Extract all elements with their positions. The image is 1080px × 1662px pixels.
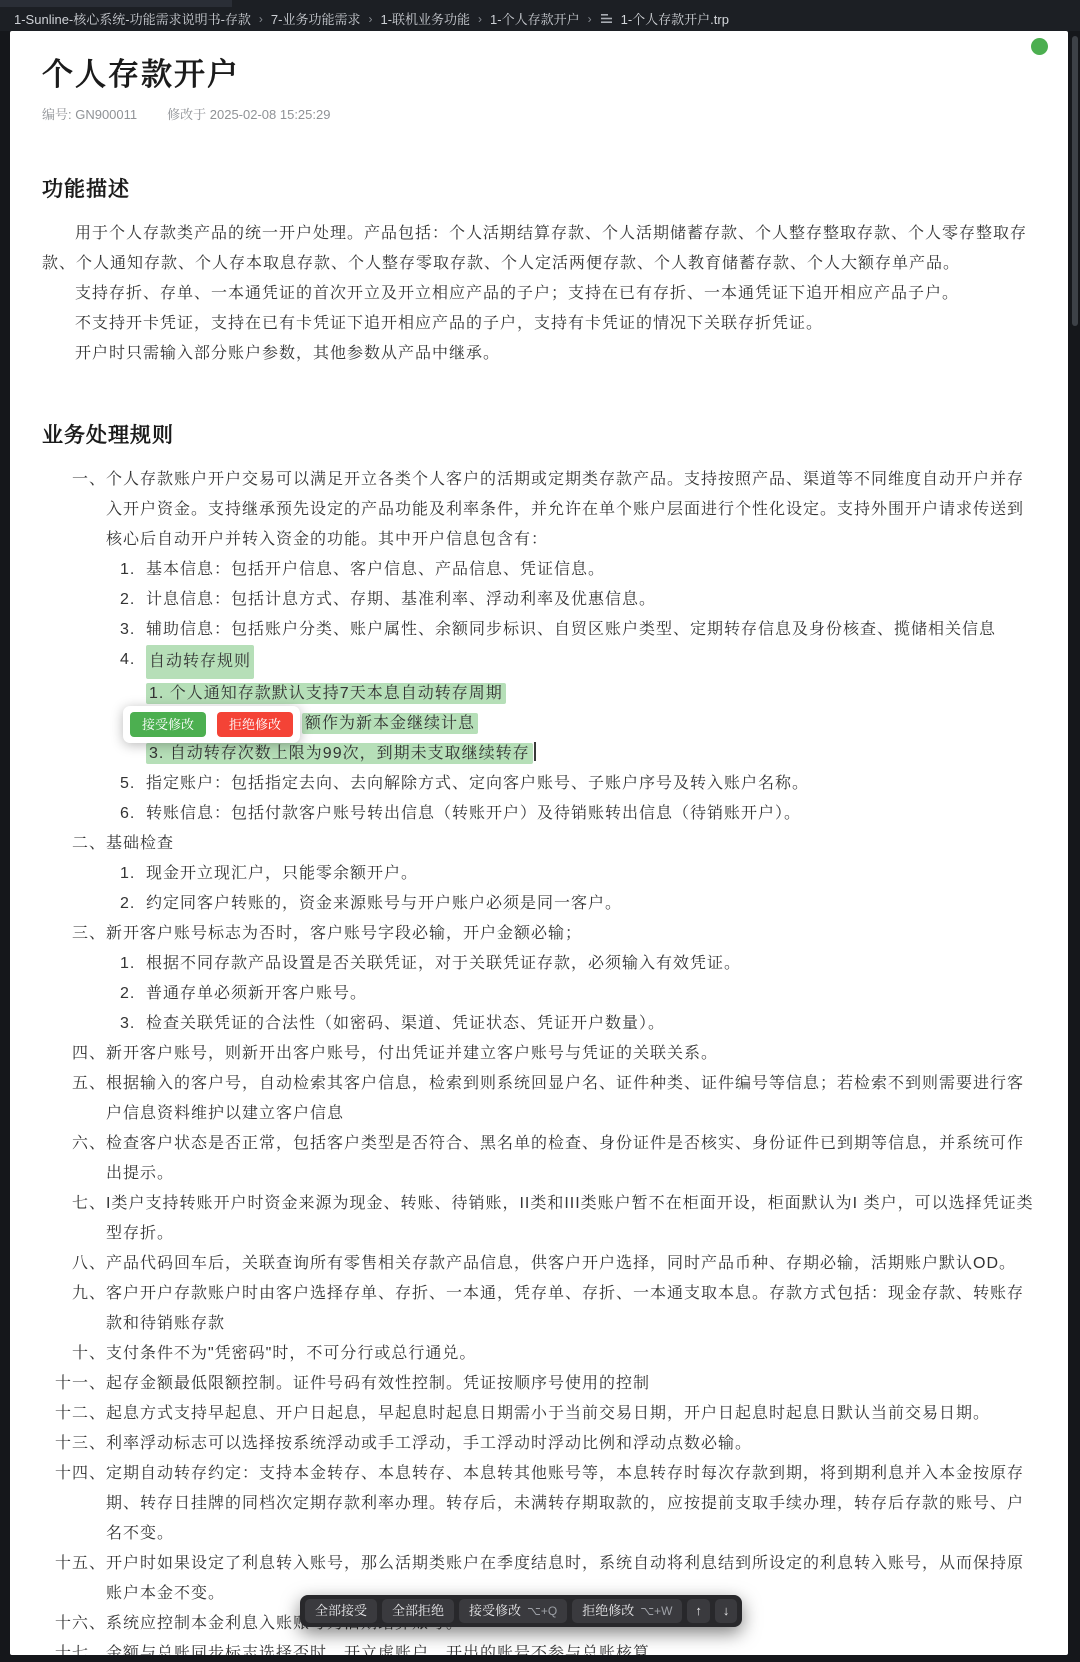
paragraph: 用于个人存款类产品的统一开户处理。产品包括：个人活期结算存款、个人活期储蓄存款、… bbox=[42, 219, 1037, 279]
sub-item: 1.基本信息：包括开户信息、客户信息、产品信息、凭证信息。 bbox=[42, 555, 1037, 585]
breadcrumb-separator: › bbox=[478, 12, 482, 26]
rule-number: 七、 bbox=[42, 1189, 106, 1249]
paragraph: 支持存折、存单、一本通凭证的首次开立及开立相应产品的子户；支持在已有存折、一本通… bbox=[42, 279, 1037, 309]
rule-number: 十、 bbox=[42, 1339, 106, 1369]
sub-item: 3.辅助信息：包括账户分类、账户属性、余额同步标识、自贸区账户类型、定期转存信息… bbox=[42, 615, 1037, 645]
rule-text: 检查客户状态是否正常，包括客户类型是否符合、黑名单的检查、身份证件是否核实、身份… bbox=[106, 1129, 1037, 1189]
breadcrumb-item[interactable]: 1-个人存款开户 bbox=[490, 9, 580, 28]
sub-text: 转账信息：包括付款客户账号转出信息（转账开户）及待销账转出信息（待销账开户）。 bbox=[146, 799, 801, 829]
scrollbar-thumb[interactable] bbox=[1072, 36, 1078, 326]
sub-item: 2.计息信息：包括计息方式、存期、基准利率、浮动利率及优惠信息。 bbox=[42, 585, 1037, 615]
sub-text: 约定同客户转账的，资金来源账号与开户账户必须是同一客户。 bbox=[146, 889, 622, 919]
accept-change-label: 接受修改 bbox=[469, 1604, 521, 1618]
rule-item: 六、检查客户状态是否正常，包括客户类型是否符合、黑名单的检查、身份证件是否核实、… bbox=[42, 1129, 1037, 1189]
rule-item: 九、客户开户存款账户时由客户选择存单、存折、一本通，凭存单、存折、一本通支取本息… bbox=[42, 1279, 1037, 1339]
scrollbar[interactable] bbox=[1070, 31, 1079, 1662]
previous-change-button[interactable]: ↑ bbox=[687, 1599, 710, 1623]
sub-item: 2.约定同客户转账的，资金来源账号与开户账户必须是同一客户。 bbox=[42, 889, 1037, 919]
sub-number: 1. bbox=[120, 949, 146, 979]
tracked-change-block: 1. 个人通知存款默认支持7天本息自动转存周期额作为新本金继续计息3. 自动转存… bbox=[42, 679, 1037, 769]
accept-change-button[interactable]: 接受修改 bbox=[130, 712, 206, 737]
rule-item: 十四、定期自动转存约定：支持本金转存、本息转存、本息转其他账号等，本息转存时每次… bbox=[42, 1459, 1037, 1549]
rule-number: 十五、 bbox=[42, 1549, 106, 1609]
breadcrumb-item[interactable]: 1-联机业务功能 bbox=[380, 9, 470, 28]
rule-item: 三、新开客户账号标志为否时，客户账号字段必输，开户金额必输； bbox=[42, 919, 1037, 949]
function-description-paragraphs: 用于个人存款类产品的统一开户处理。产品包括：个人活期结算存款、个人活期储蓄存款、… bbox=[42, 219, 1037, 369]
rule-text: 个人存款账户开户交易可以满足开立各类个人客户的活期或定期类存款产品。支持按照产品… bbox=[106, 465, 1037, 555]
rule-text: 利率浮动标志可以选择按系统浮动或手工浮动，手工浮动时浮动比例和浮动点数必输。 bbox=[106, 1429, 1037, 1459]
sub-text: 指定账户：包括指定去向、去向解除方式、定向客户账号、子账户序号及转入账户名称。 bbox=[146, 769, 809, 799]
sub-number: 1. bbox=[120, 859, 146, 889]
tracked-line: 3. 自动转存次数上限为99次，到期未支取继续转存 bbox=[146, 739, 1037, 769]
rule-text: 新开客户账号，则新开出客户账号，付出凭证并建立客户账号与凭证的关联关系。 bbox=[106, 1039, 1037, 1069]
rule-number: 四、 bbox=[42, 1039, 106, 1069]
accept-change-toolbar-button[interactable]: 接受修改 ⌥+Q bbox=[459, 1599, 567, 1623]
reject-change-button[interactable]: 拒绝修改 bbox=[217, 712, 293, 737]
rule-number: 十三、 bbox=[42, 1429, 106, 1459]
rule-text: 起存金额最低限额控制。证件号码有效性控制。凭证按顺序号使用的控制 bbox=[106, 1369, 1037, 1399]
accept-change-shortcut: ⌥+Q bbox=[527, 1605, 557, 1618]
reject-change-label: 拒绝修改 bbox=[582, 1604, 634, 1618]
rule-item: 十三、利率浮动标志可以选择按系统浮动或手工浮动，手工浮动时浮动比例和浮动点数必输… bbox=[42, 1429, 1037, 1459]
rule-number: 六、 bbox=[42, 1129, 106, 1189]
rule-item: 十、支付条件不为"凭密码"时，不可分行或总行通兑。 bbox=[42, 1339, 1037, 1369]
rule-text: 起息方式支持早起息、开户日起息，早起息时起息日期需小于当前交易日期，开户日起息时… bbox=[106, 1399, 1037, 1429]
rule-item: 二、基础检查 bbox=[42, 829, 1037, 859]
sub-number: 3. bbox=[120, 615, 146, 645]
section-heading-business-rules: 业务处理规则 bbox=[42, 421, 1037, 451]
tab-strip bbox=[0, 0, 232, 7]
status-dot bbox=[1031, 38, 1048, 55]
sub-item: 3.检查关联凭证的合法性（如密码、渠道、凭证状态、凭证开户数量）。 bbox=[42, 1009, 1037, 1039]
rule-number: 十四、 bbox=[42, 1459, 106, 1549]
sub-number: 5. bbox=[120, 769, 146, 799]
rule-text: I类户支持转账开户时资金来源为现金、转账、待销账，II类和III类账户暂不在柜面… bbox=[106, 1189, 1037, 1249]
breadcrumb-separator: › bbox=[259, 12, 263, 26]
rule-text: 定期自动转存约定：支持本金转存、本息转存、本息转其他账号等，本息转存时每次存款到… bbox=[106, 1459, 1037, 1549]
change-popup: 接受修改拒绝修改 bbox=[123, 706, 300, 743]
doc-title: 个人存款开户 bbox=[42, 55, 1037, 95]
sub-number: 2. bbox=[120, 585, 146, 615]
doc-meta: 编号: GN900011 修改于 2025-02-08 15:25:29 bbox=[42, 104, 1037, 123]
sub-text: 普通存单必须新开客户账号。 bbox=[146, 979, 367, 1009]
sub-number: 4. bbox=[120, 645, 146, 679]
rule-item: 四、新开客户账号，则新开出客户账号，付出凭证并建立客户账号与凭证的关联关系。 bbox=[42, 1039, 1037, 1069]
rule-text: 根据输入的客户号，自动检索其客户信息，检索到则系统回显户名、证件种类、证件编号等… bbox=[106, 1069, 1037, 1129]
rule-text: 支付条件不为"凭密码"时，不可分行或总行通兑。 bbox=[106, 1339, 1037, 1369]
sub-text: 根据不同存款产品设置是否关联凭证，对于关联凭证存款，必须输入有效凭证。 bbox=[146, 949, 741, 979]
text-cursor bbox=[534, 742, 536, 761]
reject-change-shortcut: ⌥+W bbox=[640, 1605, 672, 1618]
rule-number: 十二、 bbox=[42, 1399, 106, 1429]
sub-item: 2.普通存单必须新开客户账号。 bbox=[42, 979, 1037, 1009]
rule-text: 金额与总账同步标志选择否时，开立虚账户，开出的账号不参与总账核算 bbox=[106, 1639, 1037, 1655]
paragraph: 不支持开卡凭证，支持在已有卡凭证下追开相应产品的子户，支持有卡凭证的情况下关联存… bbox=[42, 309, 1037, 339]
reject-change-toolbar-button[interactable]: 拒绝修改 ⌥+W bbox=[572, 1599, 682, 1623]
breadcrumb-file[interactable]: 1-个人存款开户.trp bbox=[621, 9, 729, 28]
breadcrumb-item[interactable]: 7-业务功能需求 bbox=[271, 9, 361, 28]
rule-text: 基础检查 bbox=[106, 829, 1037, 859]
sub-text: 基本信息：包括开户信息、客户信息、产品信息、凭证信息。 bbox=[146, 555, 605, 585]
sub-number: 1. bbox=[120, 555, 146, 585]
sub-item: 1.根据不同存款产品设置是否关联凭证，对于关联凭证存款，必须输入有效凭证。 bbox=[42, 949, 1037, 979]
rule-item: 十一、起存金额最低限额控制。证件号码有效性控制。凭证按顺序号使用的控制 bbox=[42, 1369, 1037, 1399]
rule-text: 客户开户存款账户时由客户选择存单、存折、一本通，凭存单、存折、一本通支取本息。存… bbox=[106, 1279, 1037, 1339]
breadcrumb-separator: › bbox=[368, 12, 372, 26]
rule-number: 十七、 bbox=[42, 1639, 106, 1655]
doc-modified-time: 修改于 2025-02-08 15:25:29 bbox=[167, 104, 330, 123]
sub-item: 4.自动转存规则 bbox=[42, 645, 1037, 679]
inserted-text-partial: 额作为新本金继续计息 bbox=[302, 713, 478, 734]
next-change-button[interactable]: ↓ bbox=[715, 1599, 738, 1623]
rule-text: 产品代码回车后，关联查询所有零售相关存款产品信息，供客户开户选择，同时产品币种、… bbox=[106, 1249, 1037, 1279]
rule-number: 八、 bbox=[42, 1249, 106, 1279]
rule-item: 五、根据输入的客户号，自动检索其客户信息，检索到则系统回显户名、证件种类、证件编… bbox=[42, 1069, 1037, 1129]
rule-text: 新开客户账号标志为否时，客户账号字段必输，开户金额必输； bbox=[106, 919, 1037, 949]
document-outline-icon bbox=[600, 12, 613, 25]
sub-item: 5.指定账户：包括指定去向、去向解除方式、定向客户账号、子账户序号及转入账户名称… bbox=[42, 769, 1037, 799]
rule-item: 十七、金额与总账同步标志选择否时，开立虚账户，开出的账号不参与总账核算 bbox=[42, 1639, 1037, 1655]
rule-number: 十六、 bbox=[42, 1609, 106, 1639]
rule-number: 二、 bbox=[42, 829, 106, 859]
sub-text: 辅助信息：包括账户分类、账户属性、余额同步标识、自贸区账户类型、定期转存信息及身… bbox=[146, 615, 996, 645]
tracked-line: 1. 个人通知存款默认支持7天本息自动转存周期 bbox=[146, 679, 1037, 709]
rule-item: 八、产品代码回车后，关联查询所有零售相关存款产品信息，供客户开户选择，同时产品币… bbox=[42, 1249, 1037, 1279]
breadcrumb: 1-Sunline-核心系统-功能需求说明书-存款›7-业务功能需求›1-联机业… bbox=[14, 9, 729, 28]
rule-item: 七、I类户支持转账开户时资金来源为现金、转账、待销账，II类和III类账户暂不在… bbox=[42, 1189, 1037, 1249]
rule-item: 十二、起息方式支持早起息、开户日起息，早起息时起息日期需小于当前交易日期，开户日… bbox=[42, 1399, 1037, 1429]
sub-item: 6.转账信息：包括付款客户账号转出信息（转账开户）及待销账转出信息（待销账开户）… bbox=[42, 799, 1037, 829]
inserted-text: 3. 自动转存次数上限为99次，到期未支取继续转存 bbox=[146, 743, 533, 764]
rules-list: 一、个人存款账户开户交易可以满足开立各类个人客户的活期或定期类存款产品。支持按照… bbox=[42, 465, 1037, 1655]
breadcrumb-separator: › bbox=[588, 12, 592, 26]
top-bar: 1-Sunline-核心系统-功能需求说明书-存款›7-业务功能需求›1-联机业… bbox=[0, 0, 1080, 31]
section-heading-function-description: 功能描述 bbox=[42, 175, 1037, 205]
sub-text: 计息信息：包括计息方式、存期、基准利率、浮动利率及优惠信息。 bbox=[146, 585, 656, 615]
sub-text: 检查关联凭证的合法性（如密码、渠道、凭证状态、凭证开户数量）。 bbox=[146, 1009, 665, 1039]
doc-id: 编号: GN900011 bbox=[42, 104, 137, 123]
rule-number: 九、 bbox=[42, 1279, 106, 1339]
document-page: 个人存款开户 编号: GN900011 修改于 2025-02-08 15:25… bbox=[10, 31, 1068, 1655]
sub-number: 2. bbox=[120, 979, 146, 1009]
sub-number: 6. bbox=[120, 799, 146, 829]
sub-text: 现金开立现汇户，只能零余额开户。 bbox=[146, 859, 418, 889]
sub-number: 2. bbox=[120, 889, 146, 919]
reject-all-button[interactable]: 全部拒绝 bbox=[382, 1599, 454, 1623]
rule-number: 一、 bbox=[42, 465, 106, 555]
rule-number: 五、 bbox=[42, 1069, 106, 1129]
review-toolbar: 全部接受 全部拒绝 接受修改 ⌥+Q 拒绝修改 ⌥+W ↑ ↓ bbox=[300, 1595, 742, 1627]
accept-all-button[interactable]: 全部接受 bbox=[305, 1599, 377, 1623]
rule-item: 一、个人存款账户开户交易可以满足开立各类个人客户的活期或定期类存款产品。支持按照… bbox=[42, 465, 1037, 555]
sub-item: 1.现金开立现汇户，只能零余额开户。 bbox=[42, 859, 1037, 889]
inserted-text: 1. 个人通知存款默认支持7天本息自动转存周期 bbox=[146, 683, 506, 704]
rule-number: 三、 bbox=[42, 919, 106, 949]
breadcrumb-item[interactable]: 1-Sunline-核心系统-功能需求说明书-存款 bbox=[14, 9, 251, 28]
rule-number: 十一、 bbox=[42, 1369, 106, 1399]
paragraph: 开户时只需输入部分账户参数，其他参数从产品中继承。 bbox=[42, 339, 1037, 369]
sub-number: 3. bbox=[120, 1009, 146, 1039]
sub-text: 自动转存规则 bbox=[146, 645, 254, 679]
